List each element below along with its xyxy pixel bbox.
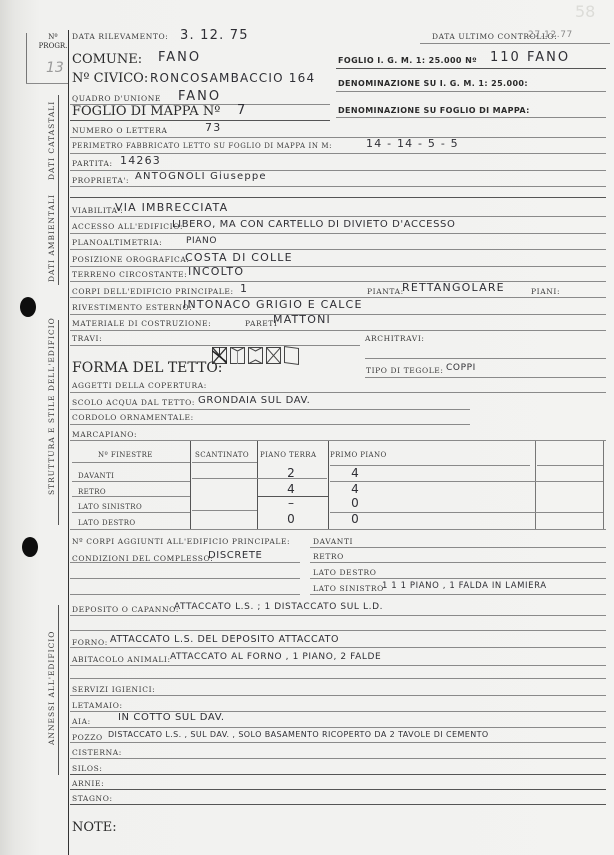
denom-mappa-label: DENOMINAZIONE SU FOGLIO DI MAPPA: (338, 106, 530, 115)
row-label: DAVANTI (78, 472, 114, 480)
table-col-rule (257, 441, 258, 529)
section-struttura: STRUTTURA E STILE DELL'EDIFICIO (47, 317, 56, 495)
architravi-label: ARCHITRAVI: (365, 334, 425, 343)
foglio-value[interactable]: 7 (237, 103, 247, 118)
punch-hole (22, 537, 38, 557)
plano-label: PLANOALTIMETRIA: (72, 238, 162, 247)
table-col-rule (328, 441, 329, 529)
pianta-label: PIANTA: (367, 287, 404, 296)
table-col-rule (190, 441, 191, 529)
survey-form-page: 58 Nº PROGR. 13 DATI CATASTALI DATI AMBI… (0, 0, 614, 855)
pozzo-label: POZZO (72, 733, 103, 742)
tegole-value[interactable]: COPPI (446, 363, 476, 373)
rule (70, 678, 606, 679)
table-col-rule (603, 441, 604, 529)
posizione-value[interactable]: COSTA DI COLLE (185, 251, 293, 264)
proprieta-value[interactable]: ANTOGNOLI Giuseppe (135, 171, 267, 182)
data-ultimo-controllo-value[interactable]: 27.12.77 (528, 30, 573, 40)
rule (70, 804, 606, 805)
terreno-value[interactable]: INCOLTO (188, 265, 244, 278)
corpi-value[interactable]: 1 (240, 282, 248, 295)
travi-label: TRAVI: (72, 334, 102, 343)
rule (72, 462, 190, 463)
table-header: PIANO TERRA (260, 451, 316, 459)
retro-label: RETRO (313, 552, 344, 561)
rule (336, 91, 606, 92)
forno-value[interactable]: ATTACCATO L.S. DEL DEPOSITO ATTACCATO (110, 634, 339, 645)
rule (70, 578, 300, 579)
row-label: LATO SINISTRO (78, 503, 142, 511)
piano-terra-cell[interactable]: 4 (276, 482, 306, 496)
section-brace (58, 95, 59, 285)
primo-piano-cell[interactable]: 4 (340, 466, 370, 480)
lato-sinistro-value[interactable]: 1 1 1 PIANO , 1 FALDA IN LAMIERA (382, 581, 547, 591)
plano-value[interactable]: PIANO (186, 236, 217, 246)
primo-piano-cell[interactable]: 0 (340, 512, 370, 526)
rule (70, 392, 606, 393)
rule (70, 440, 606, 441)
rule (70, 330, 606, 331)
rivestimento-value[interactable]: INTONACO GRIGIO E CALCE (183, 298, 363, 311)
rule (70, 266, 606, 267)
data-rilevamento-label: DATA RILEVAMENTO: (72, 32, 168, 41)
abitacolo-label: ABITACOLO ANIMALI: (72, 655, 171, 664)
hip-roof-icon[interactable] (212, 347, 227, 364)
forno-label: FORNO: (72, 638, 108, 647)
row-label: RETRO (78, 488, 106, 496)
cordolo-label: CORDOLO ORNAMENTALE: (72, 413, 194, 422)
servizi-label: SERVIZI IGIENICI: (72, 685, 155, 694)
piano-terra-cell[interactable]: 0 (276, 512, 306, 526)
rule (192, 462, 257, 463)
primo-piano-cell[interactable]: 0 (340, 496, 370, 510)
section-brace (58, 605, 59, 775)
numero-value[interactable]: 73 (205, 121, 221, 134)
pianta-value[interactable]: RETTANGOLARE (402, 281, 505, 294)
rule (70, 727, 606, 728)
civico-value[interactable]: RONCOSAMBACCIO 164 (150, 71, 315, 85)
numero-label: NUMERO o LETTERA (72, 126, 168, 135)
condizioni-value[interactable]: DISCRETE (208, 550, 262, 561)
letamaio-label: LETAMAIO: (72, 701, 123, 710)
viabilita-value[interactable]: VIA IMBRECCIATA (115, 201, 228, 214)
rule (70, 345, 360, 346)
rule (310, 547, 606, 548)
section-annessi: ANNESSI ALL'EDIFICIO (47, 631, 56, 745)
double-pitch-roof-icon[interactable] (248, 347, 263, 364)
rule (70, 630, 606, 631)
note-label: NOTE: (72, 820, 117, 835)
gable-roof-icon[interactable] (230, 347, 245, 364)
pareti-value[interactable]: MATTONI (273, 313, 331, 326)
pozzo-value[interactable]: DISTACCATO L.S. , SUL DAV. , SOLO BASAME… (108, 730, 489, 739)
accesso-label: ACCESSO ALL'EDIFICIO: (72, 222, 183, 231)
rule (537, 465, 603, 466)
rule (70, 594, 300, 595)
igm-value[interactable]: 110 FANO (490, 50, 570, 65)
terreno-label: TERRENO CIRCOSTANTE: (72, 270, 187, 279)
piano-terra-cell[interactable]: – (276, 496, 306, 510)
rivestimento-label: RIVESTIMENTO ESTERNO: (72, 303, 192, 312)
rule (70, 216, 606, 217)
rule (310, 594, 606, 595)
deposito-label: DEPOSITO o CAPANNO: (72, 605, 179, 614)
single-pitch-roof-icon[interactable] (284, 346, 299, 365)
tegole-label: TIPO DI TEGOLE: (366, 366, 444, 375)
rule (70, 249, 606, 250)
scolo-label: SCOLO ACQUA DAL TETTO: (72, 398, 195, 407)
progr-box-bottom (26, 83, 68, 84)
rule (70, 281, 606, 282)
rule (70, 695, 606, 696)
aia-value[interactable]: IN COTTO SUL DAV. (118, 712, 225, 723)
rule (330, 512, 603, 513)
aia-label: AIA: (72, 717, 91, 726)
corpi-aggiunti-label: Nº CORPI AGGIUNTI ALL'EDIFICIO PRINCIPAL… (72, 537, 290, 546)
progr-label: Nº PROGR. (38, 33, 68, 51)
table-header: Nº FINESTRE (98, 451, 153, 459)
rule (70, 233, 606, 234)
rule (70, 314, 606, 315)
rule (70, 562, 300, 563)
corner-mark: 58 (575, 2, 595, 21)
rule (70, 137, 606, 138)
rule (192, 478, 327, 479)
row-label: LATO DESTRO (78, 519, 136, 527)
rule (336, 68, 606, 69)
accesso-value[interactable]: LIBERO, MA CON CARTELLO DI DIVIETO D'ACC… (172, 219, 455, 230)
rule (70, 409, 470, 410)
proprieta-label: PROPRIETA': (72, 176, 129, 185)
rule (70, 758, 606, 759)
lato-destro-label: LATO DESTRO (313, 568, 377, 577)
deposito-value[interactable]: ATTACCATO L.S. ; 1 DISTACCATO SUL L.D. (174, 602, 383, 612)
igm-label: FOGLIO I. G. M. 1: 25.000 Nº (338, 56, 477, 65)
primo-piano-cell[interactable]: 4 (340, 482, 370, 496)
forma-tetto-label: FORMA DEL TETTO: (72, 360, 223, 376)
lato-sinistro-label: LATO SINISTRO (313, 584, 384, 593)
progr-box-left (26, 33, 27, 83)
rule (365, 377, 606, 378)
comune-label: COMUNE: (72, 52, 142, 67)
rule (70, 424, 470, 425)
table-bottom-rule (70, 529, 606, 530)
rule (310, 578, 606, 579)
aggetti-label: AGGETTI DELLA COPERTURA: (72, 381, 207, 390)
rule (72, 496, 190, 497)
table-header: SCANTINATO (195, 451, 249, 459)
rule (330, 481, 603, 482)
table-header: PRIMO PIANO (330, 451, 387, 459)
comune-value[interactable]: FANO (158, 50, 201, 65)
partita-value[interactable]: 14263 (120, 154, 161, 167)
abitacolo-value[interactable]: ATTACCATO AL FORNO , 1 PIANO, 2 FALDE (170, 652, 381, 662)
section-dati-catastali: DATI CATASTALI (47, 101, 56, 180)
rule (420, 43, 610, 44)
rule (70, 774, 606, 775)
rule (310, 562, 606, 563)
denom-igm-label: DENOMINAZIONE SU I. G. M. 1: 25.000: (338, 79, 528, 88)
posizione-label: POSIZIONE OROGRAFICA: (72, 255, 190, 264)
punch-hole (20, 297, 36, 317)
rule (70, 789, 606, 790)
arnie-label: ARNIE: (72, 779, 104, 788)
corpi-label: CORPI DELL'EDIFICIO PRINCIPALE: (72, 287, 234, 296)
rule (70, 665, 606, 666)
civico-label: Nº CIVICO: (72, 71, 148, 86)
main-margin-rule (68, 30, 69, 855)
rule (72, 481, 190, 482)
materiale-label: MATERIALE DI COSTRUZIONE: (72, 319, 211, 328)
data-rilevamento-value[interactable]: 3. 12. 75 (180, 28, 249, 43)
stagno-label: STAGNO: (72, 794, 113, 803)
progr-value[interactable]: 13 (46, 60, 64, 76)
foglio-label: FOGLIO DI MAPPA Nº (72, 104, 220, 119)
piani-label: PIANI: (531, 287, 560, 296)
rule (70, 647, 606, 648)
rule (70, 615, 606, 616)
rule (70, 186, 606, 187)
rule (70, 197, 606, 198)
rule (336, 117, 606, 118)
perimetro-label: PERIMETRO FABBRICATO LETTO SU FOGLIO DI … (72, 142, 332, 150)
rule (365, 358, 606, 359)
quadro-label: QUADRO D'UNIONE (72, 94, 161, 103)
section-brace (58, 320, 59, 525)
marcapiano-label: MARCAPIANO: (72, 430, 137, 439)
scolo-value[interactable]: GRONDAIA SUL DAV. (198, 395, 310, 406)
partita-label: PARTITA: (72, 159, 113, 168)
rule (70, 742, 606, 743)
perimetro-value[interactable]: 14 - 14 - 5 - 5 (366, 137, 459, 150)
cross-hip-roof-icon[interactable] (266, 347, 281, 364)
rule (72, 512, 190, 513)
rule (192, 510, 257, 511)
rule (70, 120, 330, 121)
quadro-value[interactable]: FANO (178, 89, 221, 104)
cisterna-label: CISTERNA: (72, 748, 122, 757)
table-col-rule (535, 441, 536, 529)
silos-label: SILOS: (72, 764, 103, 773)
section-dati-ambientali: DATI AMBIENTALI (47, 194, 56, 282)
davanti-label: DAVANTI (313, 537, 353, 546)
